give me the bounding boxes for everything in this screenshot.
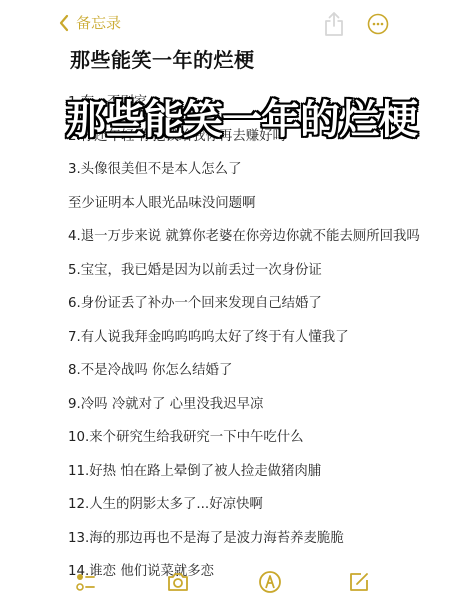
back-label: 备忘录	[76, 12, 121, 33]
note-line: 9.冷吗 冷就对了 心里没我迟早凉	[68, 395, 443, 429]
note-line: 6.身份证丢了补办一个回来发现自己结婚了	[68, 294, 443, 328]
overlay-caption: 那些能笑一年的烂梗	[66, 88, 417, 145]
note-line: 7.有人说我拜金呜呜呜呜太好了终于有人懂我了	[68, 328, 443, 362]
navigation-bar: 备忘录	[0, 0, 449, 44]
note-line: 5.宝宝，我已婚是因为以前丢过一次身份证	[68, 261, 443, 295]
note-body[interactable]: 1.有...否则家... 2.你还年轻 你把钱给我你再去赚好吗 3.头像很美但不…	[68, 93, 443, 596]
note-line: 4.退一万步来说 就算你老婆在你旁边你就不能去厕所回我吗	[68, 227, 443, 261]
compose-icon[interactable]	[347, 570, 371, 594]
ellipsis-circle-icon[interactable]	[367, 13, 389, 35]
checklist-icon[interactable]	[74, 570, 98, 594]
note-line: 8.不是冷战吗 你怎么结婚了	[68, 361, 443, 395]
note-line: 3.头像很美但不是本人怎么了	[68, 160, 443, 194]
bottom-toolbar	[0, 562, 449, 600]
note-line: 13.海的那边再也不是海了是波力海苔养麦脆脆	[68, 529, 443, 563]
note-line: 11.好热 怕在路上晕倒了被人捡走做猪肉脯	[68, 462, 443, 496]
markup-pen-icon[interactable]	[258, 570, 282, 594]
camera-icon[interactable]	[166, 570, 190, 594]
back-button[interactable]: 备忘录	[58, 12, 121, 33]
note-line: 至少证明本人眼光品味没问题啊	[68, 194, 443, 228]
note-title[interactable]: 那些能笑一年的烂梗	[70, 44, 255, 73]
note-line: 12.人生的阴影太多了...好凉快啊	[68, 495, 443, 529]
chevron-left-icon	[58, 14, 70, 32]
note-line: 10.来个研究生给我研究一下中午吃什么	[68, 428, 443, 462]
share-icon[interactable]	[323, 11, 345, 37]
